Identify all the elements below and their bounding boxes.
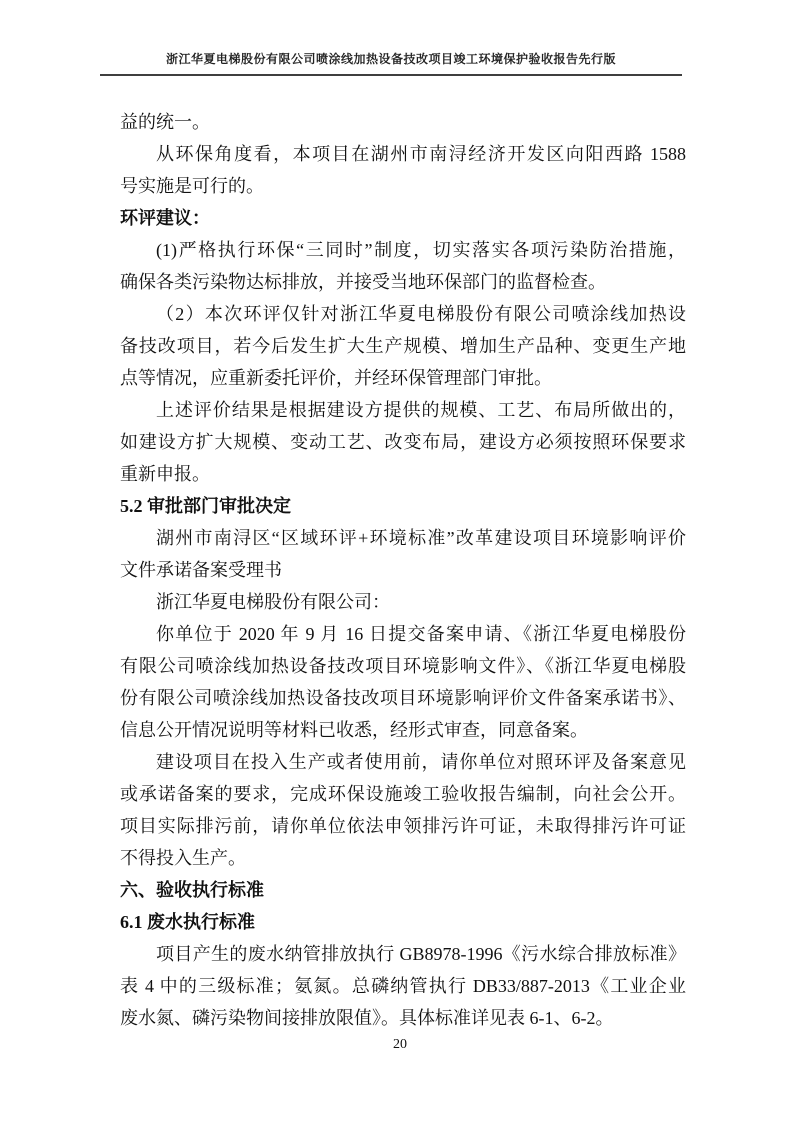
paragraph-line: 有限公司喷涂线加热设备技改项目环境影响文件》、《浙江华夏电梯股	[120, 650, 686, 682]
section-heading: 环评建议：	[120, 202, 686, 234]
heading-line: 环评建议：	[120, 202, 686, 234]
paragraph-line: （2）本次环评仅针对浙江华夏电梯股份有限公司喷涂线加热设	[120, 298, 686, 330]
paragraph: 益的统一。	[120, 106, 686, 138]
paragraph-line: 或承诺备案的要求，完成环保设施竣工验收报告编制，向社会公开。	[120, 778, 686, 810]
paragraph-line: 不得投入生产。	[120, 842, 686, 874]
paragraph-line: 上述评价结果是根据建设方提供的规模、工艺、布局所做出的，	[120, 394, 686, 426]
paragraph-line: 如建设方扩大规模、变动工艺、改变布局，建设方必须按照环保要求	[120, 426, 686, 458]
section-heading: 5.2 审批部门审批决定	[120, 490, 686, 522]
paragraph-line: 号实施是可行的。	[120, 170, 686, 202]
paragraph: 上述评价结果是根据建设方提供的规模、工艺、布局所做出的，如建设方扩大规模、变动工…	[120, 394, 686, 490]
document-page: 浙江华夏电梯股份有限公司喷涂线加热设备技改项目竣工环境保护验收报告先行版 益的统…	[0, 0, 800, 1132]
paragraph-line: 你单位于 2020 年 9 月 16 日提交备案申请、《浙江华夏电梯股份	[120, 618, 686, 650]
paragraph-line: 重新申报。	[120, 458, 686, 490]
paragraph-line: (1)严格执行环保“三同时”制度，切实落实各项污染防治措施，	[120, 234, 686, 266]
page-header: 浙江华夏电梯股份有限公司喷涂线加热设备技改项目竣工环境保护验收报告先行版	[100, 50, 682, 76]
heading-line: 6.1 废水执行标准	[120, 906, 686, 938]
paragraph-line: 益的统一。	[120, 106, 686, 138]
paragraph-line: 项目产生的废水纳管排放执行 GB8978-1996《污水综合排放标准》	[120, 938, 686, 970]
paragraph-line: 表 4 中的三级标准；氨氮。总磷纳管执行 DB33/887-2013《工业企业	[120, 970, 686, 1002]
section-heading: 6.1 废水执行标准	[120, 906, 686, 938]
heading-line: 六、验收执行标准	[120, 874, 686, 906]
page-footer: 20	[0, 1037, 800, 1053]
page-number: 20	[393, 1037, 407, 1052]
paragraph-line: 从环保角度看，本项目在湖州市南浔经济开发区向阳西路 1588	[120, 138, 686, 170]
paragraph: 建设项目在投入生产或者使用前，请你单位对照环评及备案意见或承诺备案的要求，完成环…	[120, 746, 686, 874]
header-title: 浙江华夏电梯股份有限公司喷涂线加热设备技改项目竣工环境保护验收报告先行版	[166, 52, 616, 66]
paragraph: 湖州市南浔区“区域环评+环境标准”改革建设项目环境影响评价文件承诺备案受理书	[120, 522, 686, 586]
section-heading: 六、验收执行标准	[120, 874, 686, 906]
paragraph-line: 建设项目在投入生产或者使用前，请你单位对照环评及备案意见	[120, 746, 686, 778]
paragraph-line: 备技改项目，若今后发生扩大生产规模、增加生产品种、变更生产地	[120, 330, 686, 362]
paragraph: (1)严格执行环保“三同时”制度，切实落实各项污染防治措施，确保各类污染物达标排…	[120, 234, 686, 298]
paragraph-line: 份有限公司喷涂线加热设备技改项目环境影响评价文件备案承诺书》、	[120, 682, 686, 714]
paragraph: 你单位于 2020 年 9 月 16 日提交备案申请、《浙江华夏电梯股份有限公司…	[120, 618, 686, 746]
heading-line: 5.2 审批部门审批决定	[120, 490, 686, 522]
paragraph-line: 确保各类污染物达标排放，并接受当地环保部门的监督检查。	[120, 266, 686, 298]
document-body: 益的统一。从环保角度看，本项目在湖州市南浔经济开发区向阳西路 1588号实施是可…	[120, 106, 686, 1034]
paragraph-line: 湖州市南浔区“区域环评+环境标准”改革建设项目环境影响评价	[120, 522, 686, 554]
paragraph-line: 信息公开情况说明等材料已收悉，经形式审查，同意备案。	[120, 714, 686, 746]
paragraph: 项目产生的废水纳管排放执行 GB8978-1996《污水综合排放标准》表 4 中…	[120, 938, 686, 1034]
paragraph-line: 文件承诺备案受理书	[120, 554, 686, 586]
paragraph-line: 项目实际排污前，请你单位依法申领排污许可证，未取得排污许可证	[120, 810, 686, 842]
paragraph-line: 废水氮、磷污染物间接排放限值》。具体标准详见表 6-1、6-2。	[120, 1002, 686, 1034]
paragraph: 浙江华夏电梯股份有限公司：	[120, 586, 686, 618]
paragraph: 从环保角度看，本项目在湖州市南浔经济开发区向阳西路 1588号实施是可行的。	[120, 138, 686, 202]
paragraph: （2）本次环评仅针对浙江华夏电梯股份有限公司喷涂线加热设备技改项目，若今后发生扩…	[120, 298, 686, 394]
paragraph-line: 点等情况，应重新委托评价，并经环保管理部门审批。	[120, 362, 686, 394]
paragraph-line: 浙江华夏电梯股份有限公司：	[120, 586, 686, 618]
